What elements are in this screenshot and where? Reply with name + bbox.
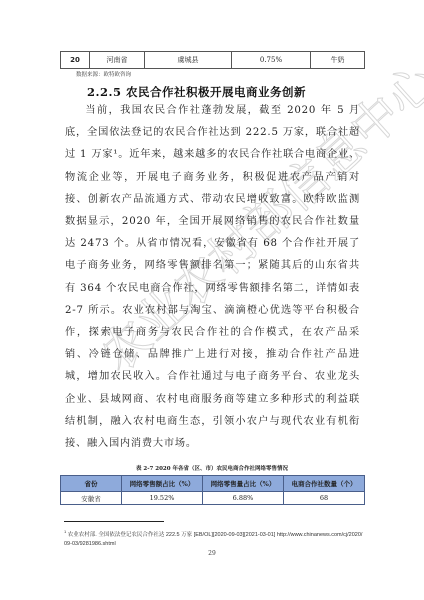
body-paragraph: 当前，我国农民合作社蓬勃发展，截至 2020 年 5 月底，全国依法登记的农民合… <box>65 100 360 455</box>
province-cell: 河南省 <box>90 52 145 69</box>
paragraph-text: 当前，我国农民合作社蓬勃发展，截至 2020 年 5 月底，全国依法登记的农民合… <box>65 100 360 455</box>
table-row: 安徽省 19.52% 6.88% 68 <box>61 492 365 505</box>
ranking-table-continued: 20 河南省 虞城县 0.75% 牛奶 <box>60 51 365 69</box>
share-cell: 0.75% <box>232 52 311 69</box>
volume-share-cell: 6.88% <box>203 492 284 505</box>
footnote-divider <box>64 521 164 522</box>
table-header-row: 省份 网络零售额占比（%） 网络零售量占比（%） 电商合作社数量（个） <box>61 476 365 492</box>
page-number: 29 <box>0 550 424 557</box>
province-ecommerce-table: 省份 网络零售额占比（%） 网络零售量占比（%） 电商合作社数量（个） 安徽省 … <box>60 475 365 505</box>
sales-share-cell: 19.52% <box>122 492 203 505</box>
table-caption: 表 2-7 2020 年各省（区、市）农民电商合作社网络零售情况 <box>0 464 424 472</box>
header-coop-count: 电商合作社数量（个） <box>284 476 365 492</box>
table-row: 20 河南省 虞城县 0.75% 牛奶 <box>61 52 365 69</box>
rank-cell: 20 <box>61 52 90 69</box>
header-volume-share: 网络零售量占比（%） <box>203 476 284 492</box>
header-province: 省份 <box>61 476 122 492</box>
product-cell: 牛奶 <box>311 52 365 69</box>
footnote-text: 农业农村部. 全国依法登记农民合作社达 222.5 万家 [EB/OL][202… <box>64 532 362 547</box>
county-cell: 虞城县 <box>145 52 232 69</box>
coop-count-cell: 68 <box>284 492 365 505</box>
data-source-note: 数据来源：欧特欧咨询 <box>76 70 131 78</box>
document-page: 20 河南省 虞城县 0.75% 牛奶 数据来源：欧特欧咨询 2.2.5 农民合… <box>0 0 424 600</box>
footnote-marker: 1 <box>64 529 66 534</box>
header-sales-share: 网络零售额占比（%） <box>122 476 203 492</box>
province-cell: 安徽省 <box>61 492 122 505</box>
footnote: 1 农业农村部. 全国依法登记农民合作社达 222.5 万家 [EB/OL][2… <box>64 527 364 549</box>
section-heading: 2.2.5 农民合作社积极开展电商业务创新 <box>87 84 306 100</box>
